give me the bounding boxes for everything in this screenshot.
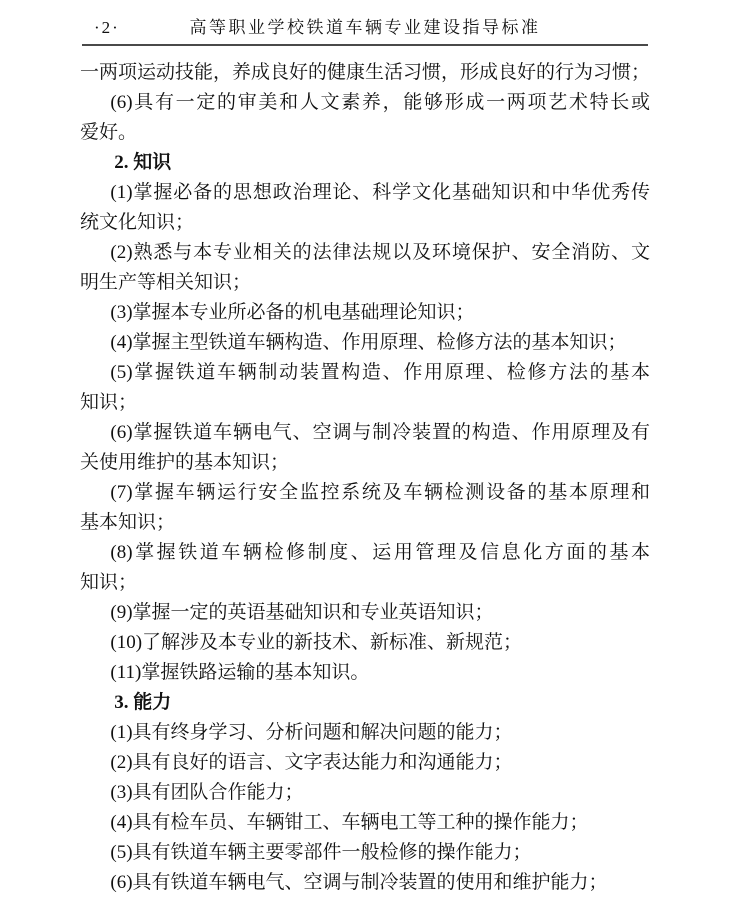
text-line: (11)掌握铁路运输的基本知识。 [80, 658, 650, 688]
text-line: 关使用维护的基本知识； [80, 448, 650, 478]
text-line: (10)了解涉及本专业的新技术、新标准、新规范； [80, 628, 650, 658]
text-line: 明生产等相关知识； [80, 268, 650, 298]
text-line: (9)掌握一定的英语基础知识和专业英语知识； [80, 598, 650, 628]
text-line: (5)掌握铁道车辆制动装置构造、作用原理、检修方法的基本 [80, 358, 650, 388]
header-rule [82, 44, 648, 46]
text-line: (6)具有一定的审美和人文素养，能够形成一两项艺术特长或 [80, 88, 650, 118]
text-line: (1)具有终身学习、分析问题和解决问题的能力； [80, 718, 650, 748]
text-line: (2)具有良好的语言、文字表达能力和沟通能力； [80, 748, 650, 778]
text-line: 3. 能力 [80, 688, 650, 718]
document-page: ·2· 高等职业学校铁道车辆专业建设指导标准 一两项运动技能，养成良好的健康生活… [0, 0, 730, 911]
text-line: 统文化知识； [80, 208, 650, 238]
text-line: (2)熟悉与本专业相关的法律法规以及环境保护、安全消防、文 [80, 238, 650, 268]
text-line: (3)掌握本专业所必备的机电基础理论知识； [80, 298, 650, 328]
text-line: 一两项运动技能，养成良好的健康生活习惯，形成良好的行为习惯； [80, 58, 650, 88]
text-line: 知识； [80, 568, 650, 598]
page-header: ·2· 高等职业学校铁道车辆专业建设指导标准 [80, 16, 650, 40]
text-line: (7)掌握车辆运行安全监控系统及车辆检测设备的基本原理和 [80, 478, 650, 508]
text-line: (6)具有铁道车辆电气、空调与制冷装置的使用和维护能力； [80, 868, 650, 898]
page-body: 一两项运动技能，养成良好的健康生活习惯，形成良好的行为习惯；(6)具有一定的审美… [80, 58, 650, 898]
text-line: (1)掌握必备的思想政治理论、科学文化基础知识和中华优秀传 [80, 178, 650, 208]
text-line: 基本知识； [80, 508, 650, 538]
text-line: 2. 知识 [80, 148, 650, 178]
text-line: (8)掌握铁道车辆检修制度、运用管理及信息化方面的基本 [80, 538, 650, 568]
text-line: 知识； [80, 388, 650, 418]
text-line: (5)具有铁道车辆主要零部件一般检修的操作能力； [80, 838, 650, 868]
text-line: (4)掌握主型铁道车辆构造、作用原理、检修方法的基本知识； [80, 328, 650, 358]
text-line: (3)具有团队合作能力； [80, 778, 650, 808]
text-line: (6)掌握铁道车辆电气、空调与制冷装置的构造、作用原理及有 [80, 418, 650, 448]
text-line: 爱好。 [80, 118, 650, 148]
running-title: 高等职业学校铁道车辆专业建设指导标准 [80, 16, 650, 40]
text-line: (4)具有检车员、车辆钳工、车辆电工等工种的操作能力； [80, 808, 650, 838]
